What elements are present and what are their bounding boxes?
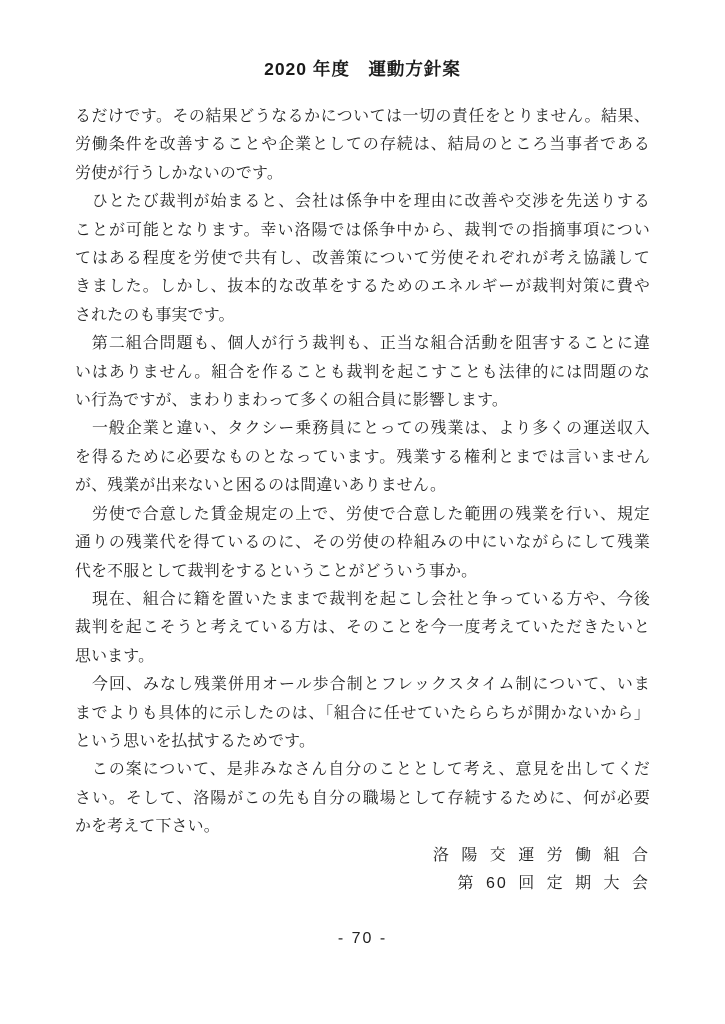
- body-line: さい。そして、洛陽がこの先も自分の職場として存続するために、何が必要: [75, 785, 650, 813]
- body-line: ことが可能となります。幸い洛陽では係争中から、裁判での指摘事項につい: [75, 217, 650, 245]
- body-line: 思います。: [75, 643, 650, 671]
- body-line: を得るために必要なものとなっています。残業する権利とまでは言いません: [75, 444, 650, 472]
- body-line: この案について、是非みなさん自分のこととして考え、意見を出してくだ: [75, 756, 650, 784]
- document-page: 2020 年度 運動方針案 るだけです。その結果どうなるかについては一切の責任を…: [0, 0, 725, 1024]
- body-line: までよりも具体的に示したのは、「組合に任せていたららちが開かないから」: [75, 700, 650, 728]
- body-line: されたのも事実です。: [75, 302, 650, 330]
- body-line: という思いを払拭するためです。: [75, 728, 650, 756]
- body-line: 現在、組合に籍を置いたままで裁判を起こし会社と争っている方や、今後: [75, 586, 650, 614]
- body-line: 労働条件を改善することや企業としての存続は、結局のところ当事者である: [75, 131, 650, 159]
- page-number: - 70 -: [75, 930, 650, 948]
- body-line: 一般企業と違い、タクシー乗務員にとっての残業は、より多くの運送収入: [75, 415, 650, 443]
- signature-block: 洛 陽 交 運 労 働 組 合 第 60 回 定 期 大 会: [75, 842, 650, 899]
- body-line: 代を不服として裁判をするということがどういう事か。: [75, 558, 650, 586]
- body-line: るだけです。その結果どうなるかについては一切の責任をとりません。結果、: [75, 103, 650, 131]
- body-line: 労使で合意した賃金規定の上で、労使で合意した範囲の残業を行い、規定: [75, 501, 650, 529]
- body-line: い行為ですが、まわりまわって多くの組合員に影響します。: [75, 387, 650, 415]
- signature-meeting: 第 60 回 定 期 大 会: [75, 870, 650, 898]
- body-line: 通りの残業代を得ているのに、その労使の枠組みの中にいながらにして残業: [75, 529, 650, 557]
- body-line: かを考えて下さい。: [75, 813, 650, 841]
- body-line: いはありません。組合を作ることも裁判を起こすことも法律的には問題のな: [75, 359, 650, 387]
- page-title: 2020 年度 運動方針案: [75, 56, 650, 82]
- body-line: が、残業が出来ないと困るのは間違いありません。: [75, 472, 650, 500]
- signature-organization: 洛 陽 交 運 労 働 組 合: [75, 842, 650, 870]
- body-line: 裁判を起こそうと考えている方は、そのことを今一度考えていただきたいと: [75, 614, 650, 642]
- body-line: 第二組合問題も、個人が行う裁判も、正当な組合活動を阻害することに違: [75, 330, 650, 358]
- body-line: てはある程度を労使で共有し、改善策について労使それぞれが考え協議して: [75, 245, 650, 273]
- body-line: きました。しかし、抜本的な改革をするためのエネルギーが裁判対策に費や: [75, 273, 650, 301]
- body-line: 労使が行うしかないのです。: [75, 160, 650, 188]
- body-paragraphs: るだけです。その結果どうなるかについては一切の責任をとりません。結果、労働条件を…: [75, 103, 650, 842]
- body-line: ひとたび裁判が始まると、会社は係争中を理由に改善や交渉を先送りする: [75, 188, 650, 216]
- body-line: 今回、みなし残業併用オール歩合制とフレックスタイム制について、いま: [75, 671, 650, 699]
